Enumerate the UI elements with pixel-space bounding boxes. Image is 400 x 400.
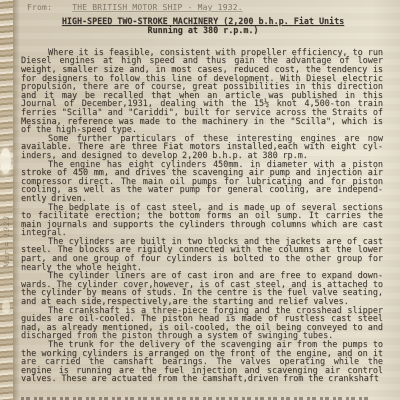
paragraph: Where it is feasible, consistent with pr…	[21, 48, 383, 134]
paragraph: The trunk for the delivery of the scaven…	[21, 340, 383, 383]
paragraph: The crankshaft is a three-piece forging …	[21, 306, 383, 340]
source-title: THE BRITISH MOTOR SHIP - May 1932.	[72, 3, 243, 12]
paragraph: The cylinder liners are of cast iron and…	[21, 271, 383, 305]
body-text: Where it is feasible, consistent with pr…	[21, 48, 385, 383]
paragraph: The engine has eight cylinders 450mm. in…	[21, 160, 383, 203]
paragraph: The bedplate is of cast steel, and is ma…	[21, 203, 383, 237]
document-title: HIGH-SPEED TWO-STROKE MACHINERY (2,200 b…	[21, 17, 385, 36]
paragraph: The cylinders are built in two blocks an…	[21, 237, 383, 271]
source-line: From: THE BRITISH MOTOR SHIP - May 1932.	[21, 0, 385, 12]
paper-stain	[2, 300, 10, 314]
handwritten-marginalia: Mar = 1923	[3, 138, 15, 268]
source-prefix: From:	[27, 3, 52, 12]
paragraph: Some further particulars of these intere…	[21, 134, 383, 160]
document-content: From: THE BRITISH MOTOR SHIP - May 1932.…	[21, 0, 385, 400]
scanned-document-page: Mar = 1923 From: THE BRITISH MOTOR SHIP …	[0, 0, 400, 400]
title-line-2: Running at 380 r.p.m.)	[21, 26, 385, 35]
